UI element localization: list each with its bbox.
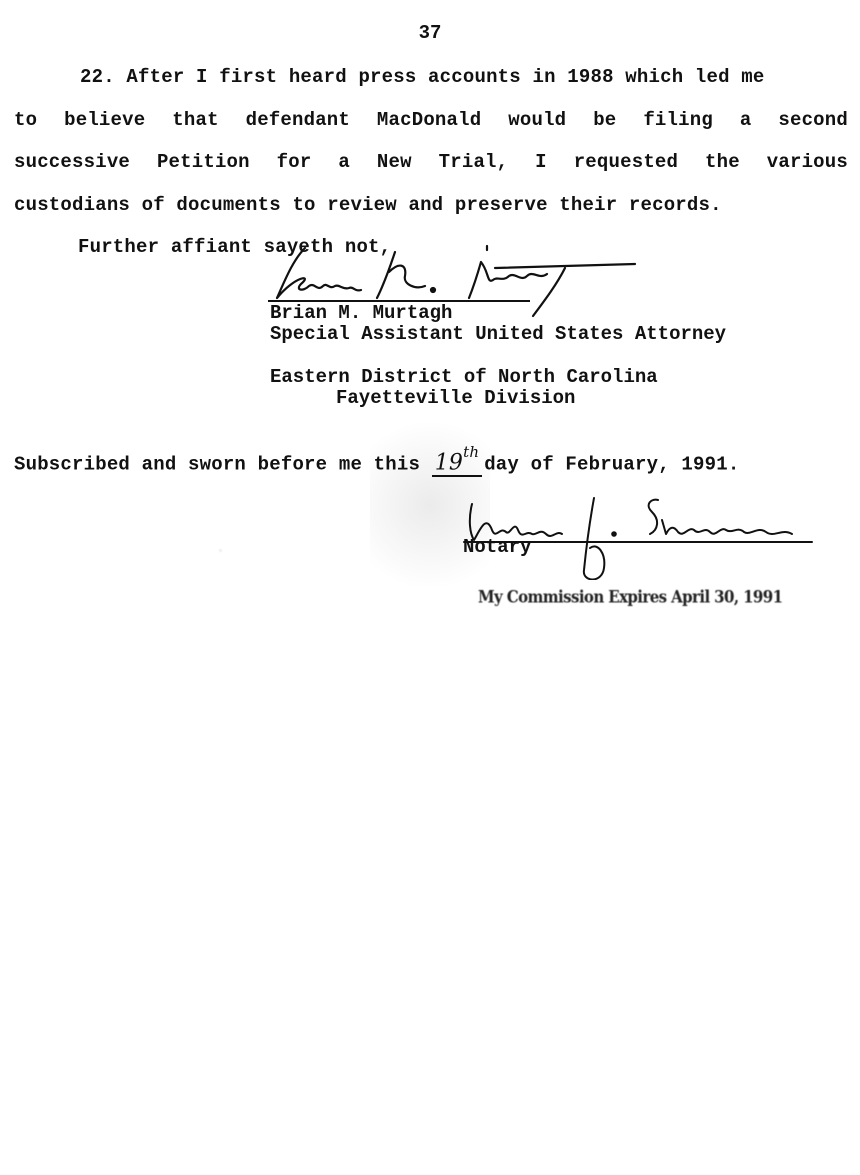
jurat-day-suffix: th xyxy=(463,443,479,461)
paragraph-line-1: 22. After I first heard press accounts i… xyxy=(80,66,765,88)
page-number: 37 xyxy=(0,22,860,44)
affiant-title: Special Assistant United States Attorney xyxy=(270,323,726,345)
affiant-office-division: Fayetteville Division xyxy=(336,387,575,409)
paragraph-line-2: to believe that defendant MacDonald woul… xyxy=(14,109,848,131)
scan-artifact xyxy=(370,400,490,610)
notary-signature-icon xyxy=(462,490,814,580)
jurat-day: 19th xyxy=(432,447,483,477)
affiant-office-district: Eastern District of North Carolina xyxy=(270,366,658,388)
jurat-prefix: Subscribed and sworn before me this xyxy=(14,453,420,475)
notary-label: Notary xyxy=(463,536,531,558)
scan-artifact xyxy=(218,548,223,553)
closing-statement: Further affiant sayeth not, xyxy=(78,236,391,258)
jurat-day-number: 19 xyxy=(435,450,463,475)
affiant-name: Brian M. Murtagh xyxy=(270,302,452,324)
jurat-suffix: day of February, 1991. xyxy=(484,453,739,475)
paragraph-line-4: custodians of documents to review and pr… xyxy=(14,194,722,216)
paragraph-line-3: successive Petition for a New Trial, I r… xyxy=(14,151,848,173)
jurat-line: Subscribed and sworn before me this 19th… xyxy=(14,447,739,477)
notary-commission-stamp: My Commission Expires April 30, 1991 xyxy=(478,587,782,607)
